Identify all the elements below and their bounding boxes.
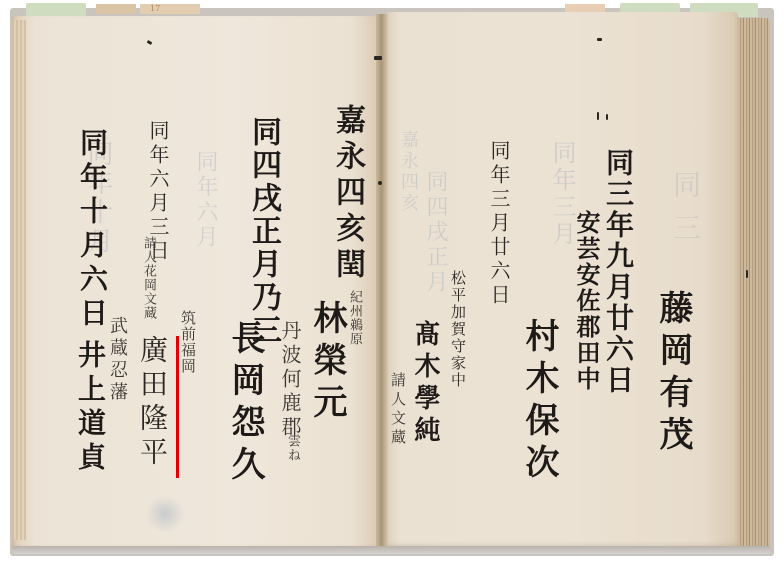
entry-date-march: 同年三月廿六日 <box>489 140 509 308</box>
ink-speck <box>606 114 608 120</box>
page-tab-tan <box>140 4 200 14</box>
bottom-shadow <box>14 546 770 554</box>
red-annotation-line <box>176 336 179 478</box>
bleed-through-text: 同 三 <box>665 170 705 244</box>
ink-speck <box>746 270 748 278</box>
entry-date-kaei: 嘉永四亥閏 <box>332 104 362 284</box>
entry-origin-chikuzen: 筑前福岡 <box>180 310 195 374</box>
entry-name-takagi: 髙木學純 <box>412 320 438 448</box>
entry-name-inoue: 井上道貞 <box>76 340 104 476</box>
bleed-through-text: 嘉永四亥 <box>395 130 421 214</box>
left-page-edge <box>12 20 26 540</box>
tab-label: 17 <box>150 4 160 13</box>
book-photograph: 17 同年十月 同年六月 嘉永四亥 同四戌正月 同年三月 同 三 嘉永四亥閏 紀… <box>0 0 784 562</box>
ink-speck <box>597 38 602 41</box>
entry-date-oct: 同年十月六日 <box>78 128 106 332</box>
entry-name-muraki: 村木保次 <box>522 318 556 486</box>
entry-name-fujioka: 藤岡有茂 <box>656 290 690 458</box>
entry-introducer-2: 請人文蔵 <box>390 372 405 448</box>
entry-origin-tanba-2: 雲ね <box>286 434 299 462</box>
entry-origin-kishu: 紀州鵜原 <box>348 290 361 346</box>
page-tab-green <box>26 3 86 17</box>
entry-name-nagaoka: 長岡怨久 <box>228 320 262 488</box>
bleed-through-text: 同四戌正月 <box>420 170 451 295</box>
entry-origin-tanba: 丹波何鹿郡 <box>280 320 300 440</box>
left-page <box>12 16 382 551</box>
entry-origin-aki: 安芸安佐郡田中 <box>574 210 598 392</box>
entry-name-hayashi: 林榮元 <box>310 300 344 426</box>
book-gutter <box>376 14 388 552</box>
entry-date-dou-3: 同三年九月廿六日 <box>604 148 632 396</box>
water-stain <box>145 495 185 533</box>
entry-origin-matsudaira: 松平加賀守家中 <box>450 270 465 389</box>
binding-hole <box>378 181 382 185</box>
entry-introducer-hanaoka: 請人花岡文蔵 <box>142 236 155 320</box>
page-tab-tan-2 <box>96 4 136 14</box>
entry-date-dou-4: 同四戌正月乃三 <box>248 116 278 347</box>
binding-mark <box>374 56 382 60</box>
bleed-through-text: 同年六月 <box>190 150 221 250</box>
ink-speck <box>597 112 599 120</box>
entry-origin-bushu: 武蔵忍藩 <box>108 316 126 404</box>
entry-name-hirota: 廣田隆平 <box>138 335 166 471</box>
